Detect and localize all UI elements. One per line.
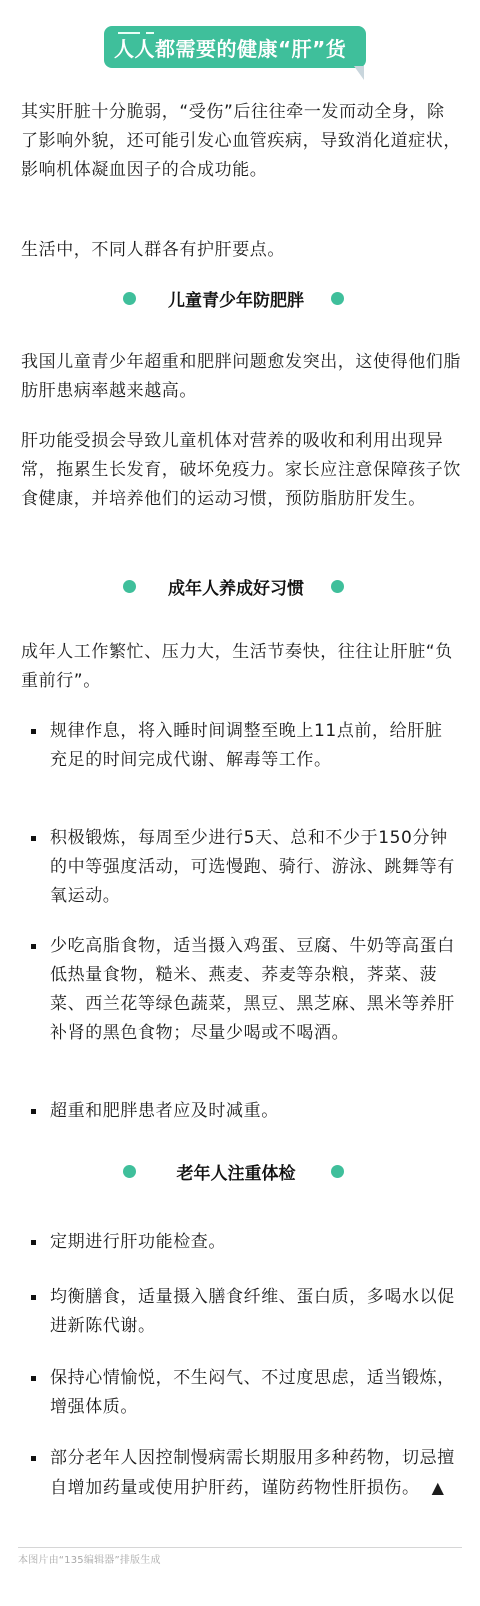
section-heading-adults: 成年人养成好习惯 bbox=[110, 572, 370, 600]
list-item: 超重和肥胖患者应及时减重。 bbox=[30, 1097, 460, 1126]
list-item-text: 定期进行肝功能检查。 bbox=[50, 1232, 226, 1252]
bullet-icon bbox=[31, 1456, 36, 1461]
dot-icon bbox=[123, 580, 136, 593]
list-item-text: 均衡膳食，适量摄入膳食纤维、蛋白质，多喝水以促进新陈代谢。 bbox=[50, 1287, 455, 1336]
bullet-icon bbox=[31, 1295, 36, 1300]
list-item-text: 积极锻炼，每周至少进行5天、总和不少于150分钟的中等强度活动，可选慢跑、骑行、… bbox=[50, 828, 455, 906]
banner-title: 人人都需要的健康“肝”货 bbox=[114, 33, 346, 62]
banner-decoration-line bbox=[118, 32, 140, 34]
list-item: 均衡膳食，适量摄入膳食纤维、蛋白质，多喝水以促进新陈代谢。 bbox=[30, 1283, 460, 1341]
section-title: 老年人注重体检 bbox=[177, 1159, 296, 1184]
article-page: 人人都需要的健康“肝”货 其实肝脏十分脆弱，“受伤”后往往牵一发而动全身，除了影… bbox=[0, 0, 480, 1606]
footer-divider bbox=[18, 1547, 462, 1548]
banner-decoration-dash bbox=[146, 32, 154, 34]
dot-icon bbox=[331, 292, 344, 305]
bullet-icon bbox=[31, 729, 36, 734]
bullet-icon bbox=[31, 836, 36, 841]
page-fold-icon bbox=[354, 66, 364, 80]
list-item: 定期进行肝功能检查。 bbox=[30, 1228, 460, 1257]
list-item: 少吃高脂食物，适当摄入鸡蛋、豆腐、牛奶等高蛋白低热量食物，糙米、燕麦、荞麦等杂粮… bbox=[30, 932, 460, 1048]
section-paragraph: 肝功能受损会导致儿童机体对营养的吸收和利用出现异常，拖累生长发育，破坏免疫力。家… bbox=[21, 427, 461, 514]
header-banner: 人人都需要的健康“肝”货 bbox=[104, 26, 366, 72]
bullet-icon bbox=[31, 1240, 36, 1245]
list-item-text: 保持心情愉悦，不生闷气、不过度思虑，适当锻炼，增强体质。 bbox=[50, 1368, 455, 1417]
section-title: 儿童青少年防肥胖 bbox=[168, 286, 304, 311]
list-item-text: 规律作息，将入睡时间调整至晚上11点前，给肝脏充足的时间完成代谢、解毒等工作。 bbox=[50, 721, 442, 770]
bullet-icon bbox=[31, 944, 36, 949]
list-item: 保持心情愉悦，不生闷气、不过度思虑，适当锻炼，增强体质。 bbox=[30, 1364, 460, 1422]
dot-icon bbox=[123, 1165, 136, 1178]
list-item: 部分老年人因控制慢病需长期服用多种药物，切忌擅自增加药量或使用护肝药，谨防药物性… bbox=[30, 1444, 460, 1503]
section-heading-children: 儿童青少年防肥胖 bbox=[110, 284, 370, 312]
intro-summary: 生活中，不同人群各有护肝要点。 bbox=[21, 236, 461, 265]
bullet-icon bbox=[31, 1109, 36, 1114]
list-item-text: 少吃高脂食物，适当摄入鸡蛋、豆腐、牛奶等高蛋白低热量食物，糙米、燕麦、荞麦等杂粮… bbox=[50, 936, 455, 1043]
dot-icon bbox=[123, 292, 136, 305]
list-item: 规律作息，将入睡时间调整至晚上11点前，给肝脏充足的时间完成代谢、解毒等工作。 bbox=[30, 717, 460, 775]
section-title: 成年人养成好习惯 bbox=[168, 574, 304, 599]
dot-icon bbox=[331, 580, 344, 593]
section-paragraph: 我国儿童青少年超重和肥胖问题愈发突出，这使得他们脂肪肝患病率越来越高。 bbox=[21, 348, 461, 406]
bullet-icon bbox=[31, 1376, 36, 1381]
list-item-text: 部分老年人因控制慢病需长期服用多种药物，切忌擅自增加药量或使用护肝药，谨防药物性… bbox=[50, 1448, 455, 1498]
list-item-text: 超重和肥胖患者应及时减重。 bbox=[50, 1101, 279, 1121]
section-heading-elderly: 老年人注重体检 bbox=[110, 1157, 370, 1185]
dot-icon bbox=[331, 1165, 344, 1178]
footer-note: 本图片由“135编辑器”排版生成 bbox=[18, 1551, 161, 1566]
end-triangle-icon: ▲ bbox=[432, 1478, 445, 1497]
section-paragraph: 成年人工作繁忙、压力大，生活节奏快，往往让肝脏“负重前行”。 bbox=[21, 638, 461, 696]
intro-paragraph: 其实肝脏十分脆弱，“受伤”后往往牵一发而动全身，除了影响外貌，还可能引发心血管疾… bbox=[21, 98, 461, 185]
banner-box: 人人都需要的健康“肝”货 bbox=[104, 26, 366, 68]
list-item: 积极锻炼，每周至少进行5天、总和不少于150分钟的中等强度活动，可选慢跑、骑行、… bbox=[30, 824, 460, 911]
